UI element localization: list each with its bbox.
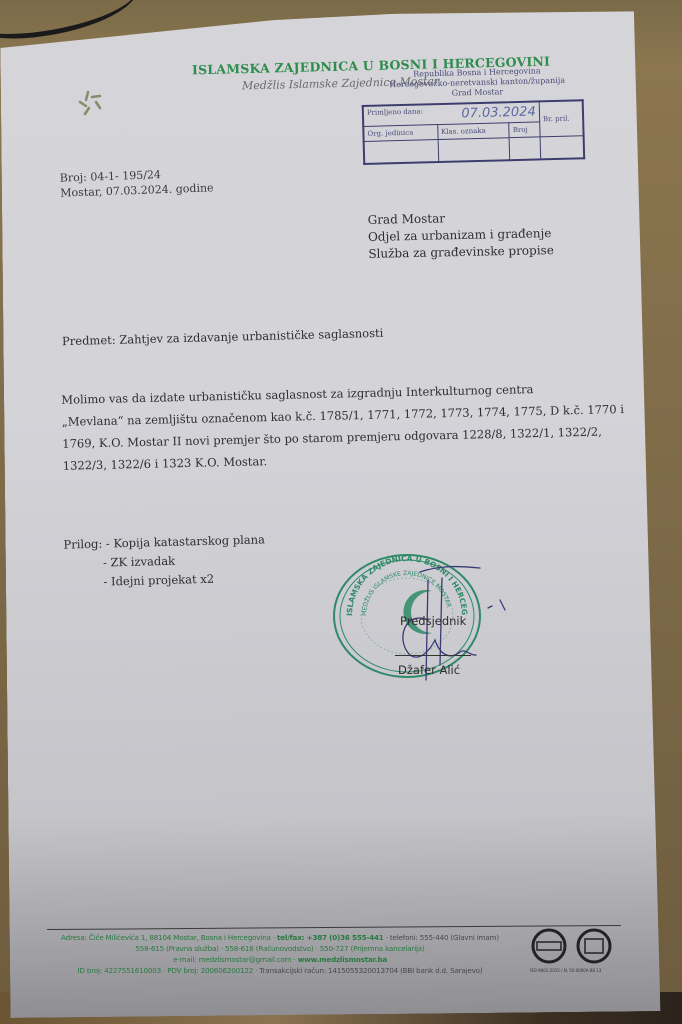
attachment-item: - Kopija katastarskog plana — [106, 532, 265, 550]
footer-phones: telefoni: 555-440 (Glavni imam) — [390, 933, 499, 942]
attachments-block: Prilog: - Kopija katastarskog plana - ZK… — [63, 530, 266, 592]
reference-block: Broj: 04-1- 195/24 Mostar, 07.03.2024. g… — [60, 165, 214, 200]
footer-id-number: ID broj: 4227551610003 — [78, 966, 161, 975]
stamp-cell — [510, 137, 541, 160]
crescent-star-logo-icon — [48, 72, 108, 132]
reception-stamp: Republika Bosna i Hercegovina Hercegovač… — [361, 65, 595, 165]
certification-label: ISO 9001:2015 / N, 50.0000A 88 13 — [530, 968, 601, 973]
attachments-label: Prilog: — [63, 537, 102, 552]
received-label: Primljeno dana: — [367, 107, 423, 116]
stamp-cell — [540, 136, 584, 159]
signatory-title: Predsjednik — [400, 614, 466, 628]
iso-certification-badge-icon — [531, 928, 567, 964]
footer-website[interactable]: www.medzlismostar.ba — [298, 955, 387, 964]
footer-telfax: tel/fax: +387 (0)36 555-441 — [277, 933, 384, 942]
stamp-col-attachments: Br. pril. — [539, 100, 584, 137]
received-date: 07.03.2024 — [461, 104, 536, 121]
stamp-cell — [438, 138, 510, 162]
signatory-name: Džafer Alić — [398, 663, 460, 677]
letter-page — [0, 11, 660, 1018]
footer-bank-account: Transakcijski račun: 1415055320013704 (B… — [259, 966, 482, 975]
footer-block: Adresa: Čiče Milićevića 1, 88104 Mostar,… — [40, 932, 520, 976]
stamp-cell — [364, 140, 439, 164]
footer-phone-lines: 558-615 (Pravna služba) · 558-616 (Račun… — [40, 943, 520, 954]
recipient-block: Grad Mostar Odjel za urbanizam i građenj… — [367, 208, 554, 263]
footer-vat-number: PDV broj: 200606200122 — [167, 966, 253, 975]
footer-address: Adresa: Čiče Milićevića 1, 88104 Mostar,… — [61, 933, 271, 942]
stamp-table: Primljeno dana: 07.03.2024 Br. pril. Org… — [362, 99, 585, 164]
quality-certification-badge-icon — [576, 928, 612, 964]
signature-line — [395, 655, 471, 656]
stamp-col-number: Broj — [509, 122, 540, 138]
footer-email[interactable]: e-mail: medzlismostar@gmail.com — [173, 955, 292, 964]
letter-body: Molimo vas da izdate urbanističku saglas… — [61, 375, 663, 477]
